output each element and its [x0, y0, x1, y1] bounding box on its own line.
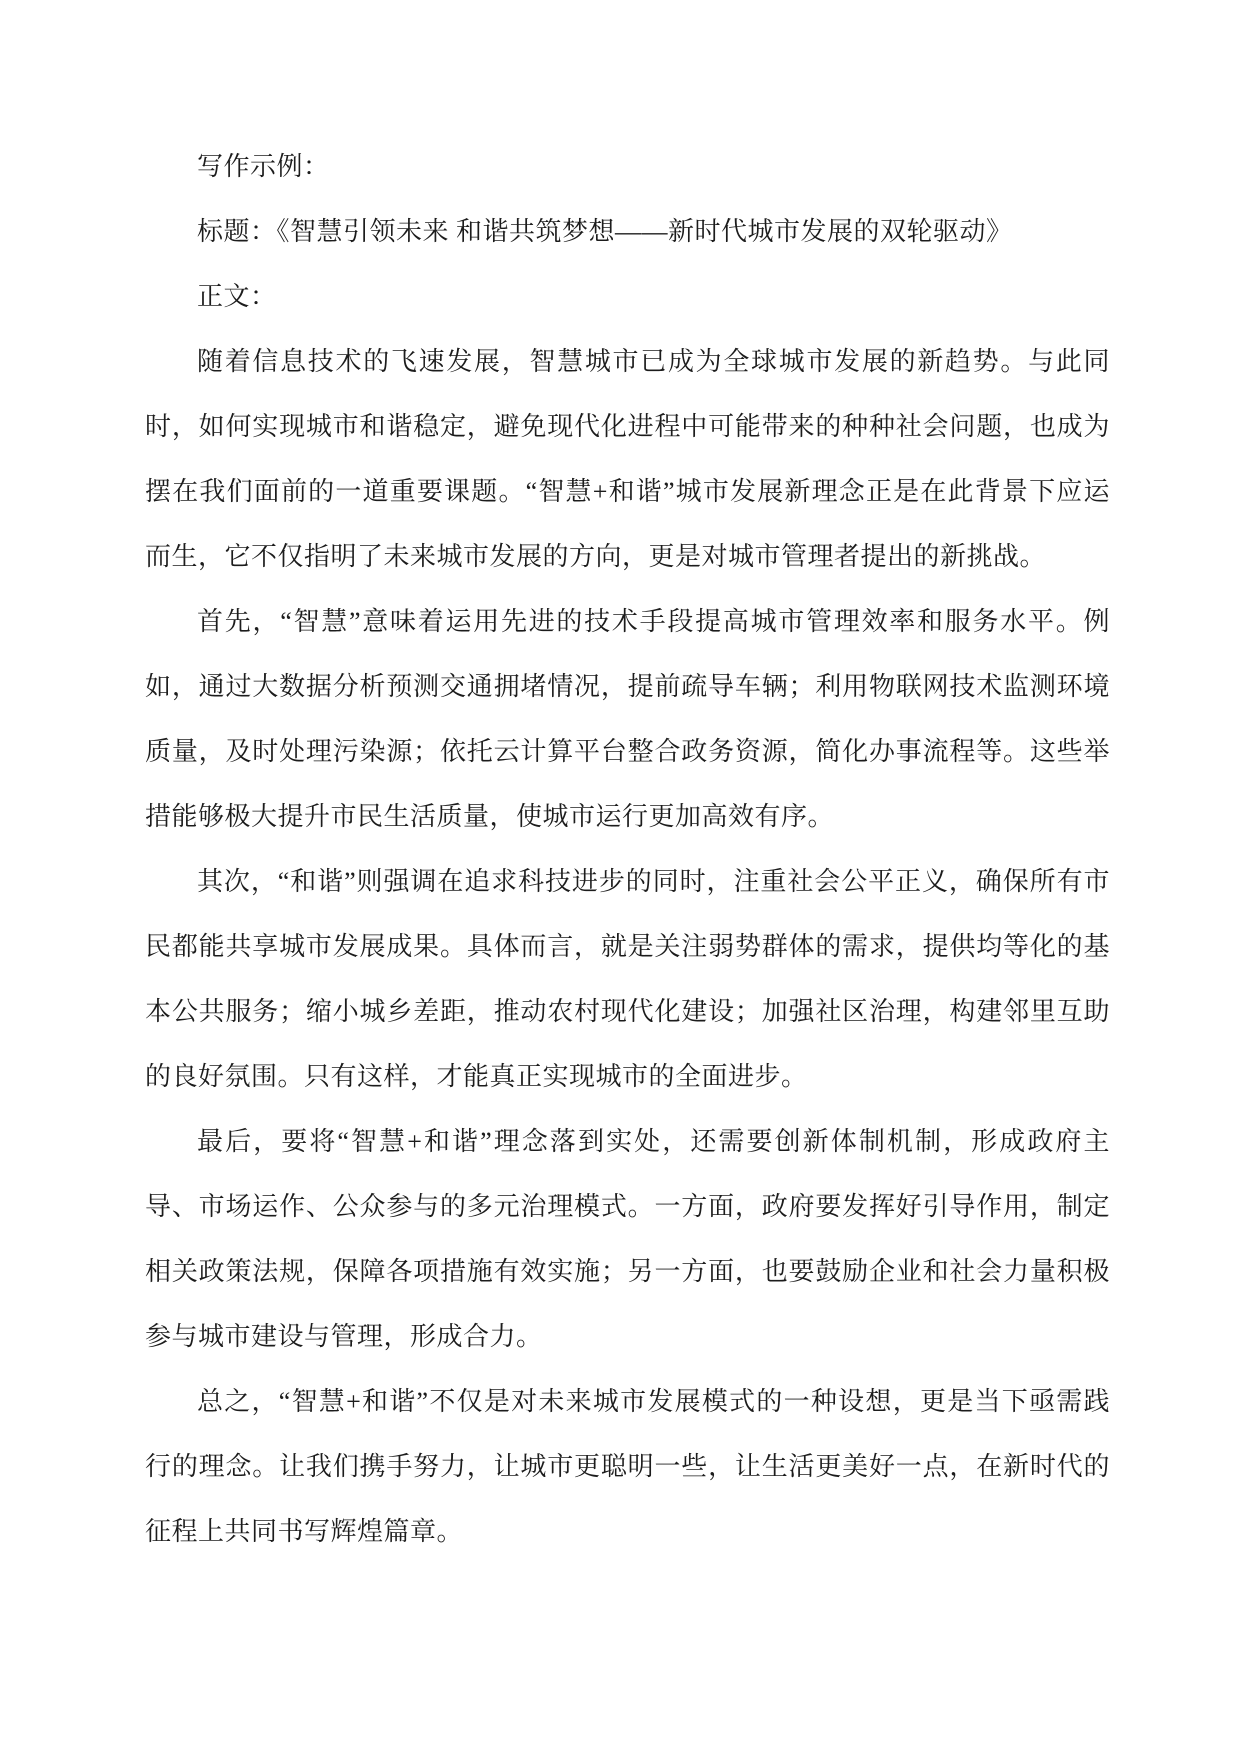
body-heading: 正文：	[145, 264, 1110, 329]
example-heading: 写作示例：	[145, 134, 1110, 199]
paragraph-second-point: 其次，“和谐”则强调在追求科技进步的同时，注重社会公平正义，确保所有市民都能共享…	[145, 849, 1110, 1109]
paragraph-conclusion: 总之，“智慧+和谐”不仅是对未来城市发展模式的一种设想，更是当下亟需践行的理念。…	[145, 1369, 1110, 1564]
document-body: 写作示例： 标题：《智慧引领未来 和谐共筑梦想——新时代城市发展的双轮驱动》 正…	[145, 134, 1110, 1564]
paragraph-third-point: 最后，要将“智慧+和谐”理念落到实处，还需要创新体制机制，形成政府主导、市场运作…	[145, 1109, 1110, 1369]
paragraph-first-point: 首先，“智慧”意味着运用先进的技术手段提高城市管理效率和服务水平。例如，通过大数…	[145, 589, 1110, 849]
document-page: 写作示例： 标题：《智慧引领未来 和谐共筑梦想——新时代城市发展的双轮驱动》 正…	[0, 0, 1241, 1754]
essay-title-line: 标题：《智慧引领未来 和谐共筑梦想——新时代城市发展的双轮驱动》	[145, 199, 1110, 264]
paragraph-intro: 随着信息技术的飞速发展，智慧城市已成为全球城市发展的新趋势。与此同时，如何实现城…	[145, 329, 1110, 589]
